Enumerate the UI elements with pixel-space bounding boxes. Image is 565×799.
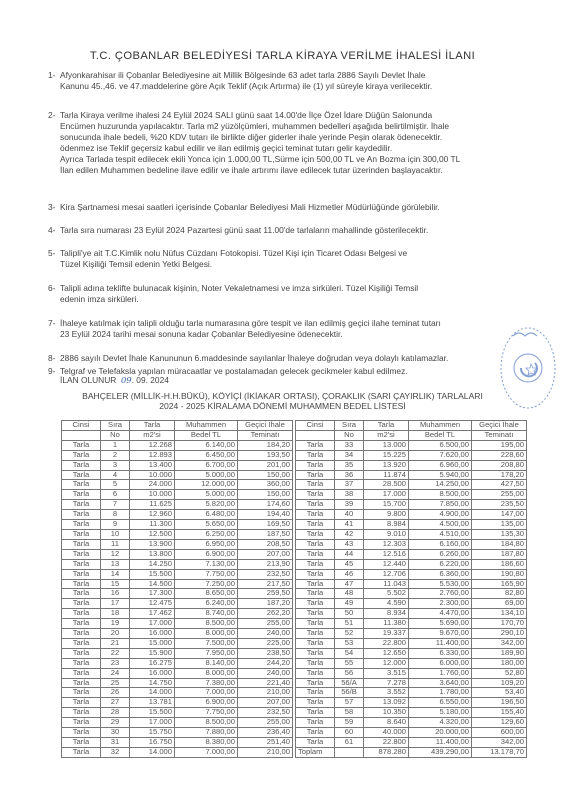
table-cell: 11.400,00	[409, 638, 472, 648]
table-row: Tarla598.6404.320,00129,60	[296, 718, 527, 728]
table-cell: 59	[335, 718, 364, 728]
table-cell: Sıra	[335, 421, 364, 431]
table-cell: Tarla	[62, 718, 101, 728]
table-cell: 11.625	[130, 500, 175, 510]
table-cell: Teminatı	[238, 430, 293, 440]
table-cell: Geçici İhale	[238, 421, 293, 431]
table-cell: 8.650,00	[175, 589, 238, 599]
table-row: Tarla4412.5166.260,00187,80	[296, 549, 527, 559]
table-cell: Tarla	[296, 718, 335, 728]
item-line: Kira Şartnamesi mesai saatleri içerisind…	[60, 202, 518, 213]
table-cell: 8	[101, 510, 130, 520]
table-cell: 8.934	[364, 609, 409, 619]
table-cell: 47	[335, 579, 364, 589]
table-cell: 32	[101, 747, 130, 757]
table-cell: 12.475	[130, 599, 175, 609]
table-cell: 7.750,00	[175, 708, 238, 718]
table-cell: 439.290,00	[409, 747, 472, 757]
item-number: 3-	[48, 202, 55, 213]
table-cell: 5.690,00	[409, 619, 472, 629]
table-cell: 6.240,00	[175, 599, 238, 609]
table-cell: 170,70	[472, 619, 527, 629]
table-cell: 61	[335, 738, 364, 748]
table-cell: 34	[335, 450, 364, 460]
table-cell: 196,50	[472, 698, 527, 708]
table-cell: 2.760,00	[409, 589, 472, 599]
table-cell: Tarla	[296, 549, 335, 559]
item-line: Talipli'ye ait T.C.Kimlik nolu Nüfus Cüz…	[60, 248, 518, 259]
table-cell: 6.330,00	[409, 648, 472, 658]
ilan-label: İLAN OLUNUR	[60, 375, 116, 385]
table-cell: 16.000	[130, 668, 175, 678]
table-row: Tarla2614.0007.000,00210,00	[62, 688, 293, 698]
table-row: Tarla212.8936.450,00193,50	[62, 450, 293, 460]
table-cell: 6.700,00	[175, 460, 238, 470]
table-cell: Tarla	[62, 539, 101, 549]
table-cell: Tarla	[62, 698, 101, 708]
table-row: Tarla5322.80011.400,00342,00	[296, 638, 527, 648]
table-cell: 12.000	[364, 658, 409, 668]
announcement-item: 1-Afyonkarahisar ili Çobanlar Belediyesi…	[48, 70, 518, 92]
item-line: Ayrıca Tarlada tespit edilecek ekili Yon…	[60, 154, 518, 165]
table-cell: 147,00	[472, 510, 527, 520]
table-cell: 28.500	[364, 480, 409, 490]
table-cell: 3.552	[364, 688, 409, 698]
table-cell: 56/B	[335, 688, 364, 698]
table-cell: Bedel TL	[175, 430, 238, 440]
table-cell: 236,40	[238, 728, 293, 738]
table-cell: 13.800	[130, 549, 175, 559]
table-row: Tarla5111.3805.690,00170,70	[296, 619, 527, 629]
table-cell: 7.250,00	[175, 579, 238, 589]
table-row: Tarla3415.2257.620,00228,60	[296, 450, 527, 460]
table-cell: Tarla	[296, 648, 335, 658]
table-cell: Tarla	[62, 638, 101, 648]
table-cell: 56	[335, 668, 364, 678]
table-cell: 82,80	[472, 589, 527, 599]
table-cell: 42	[335, 529, 364, 539]
item-line: Tarla sıra numarası 23 Eylül 2024 Pazart…	[60, 225, 518, 236]
table-cell: 40	[335, 510, 364, 520]
table-cell: 150,00	[238, 470, 293, 480]
table-cell: 178,20	[472, 470, 527, 480]
document-title: T.C. ÇOBANLAR BELEDİYESİ TARLA KİRAYA VE…	[0, 50, 565, 62]
table-cell: 238,50	[238, 648, 293, 658]
table-cell: Tarla	[296, 728, 335, 738]
table-cell: 45	[335, 559, 364, 569]
table-cell: 17.000	[130, 718, 175, 728]
table-cell: 27	[101, 698, 130, 708]
table-cell: 13.920	[364, 460, 409, 470]
table-cell: 5	[101, 480, 130, 490]
table-cell: 11.400,00	[409, 738, 472, 748]
table-cell: 232,50	[238, 569, 293, 579]
item-line: Encümen huzurunda yapılacaktır. Tarla m2…	[60, 121, 518, 132]
table-cell: 259,50	[238, 589, 293, 599]
table-cell: Tarla	[62, 569, 101, 579]
table-cell: 210,00	[238, 747, 293, 757]
announcement-item: 7-İhaleye katılmak için talipli olduğu t…	[48, 318, 518, 340]
table-cell: 43	[335, 539, 364, 549]
table-cell: 51	[335, 619, 364, 629]
item-line: Talipli adına teklifte bulunacak kişinin…	[60, 283, 518, 294]
table-row: Tarla410.0005.000,00150,00	[62, 470, 293, 480]
table-cell: 174,60	[238, 500, 293, 510]
table-cell: 15.000	[130, 638, 175, 648]
table-cell: 169,50	[238, 520, 293, 530]
table-cell: 5.502	[364, 589, 409, 599]
table-cell: Tarla	[296, 460, 335, 470]
table-cell: 6.260,00	[409, 549, 472, 559]
table-cell: 290,10	[472, 629, 527, 639]
list-title-line2: 2024 - 2025 KİRALAMA DÖNEMİ MUHAMMEN BED…	[0, 401, 565, 411]
table-cell: 3.515	[364, 668, 409, 678]
table-row: Tarla3611.8745.940,00178,20	[296, 470, 527, 480]
item-line: ödenmez ise Teklif geçersiz kabul edilir…	[60, 143, 518, 154]
table-cell: Tarla	[364, 421, 409, 431]
table-cell: Tarla	[62, 708, 101, 718]
table-cell: 12	[101, 549, 130, 559]
table-cell: Tarla	[62, 589, 101, 599]
table-cell: Tarla	[296, 470, 335, 480]
ilan-olunur: İLAN OLUNUR 09. 09. 2024	[60, 375, 169, 385]
table-cell: 11	[101, 539, 130, 549]
table-row: Tarla5219.3379.670,00290,10	[296, 629, 527, 639]
table-cell: 4.510,00	[409, 529, 472, 539]
table-row: Tarla5713.0926.550,00196,50	[296, 698, 527, 708]
table-cell: 11.380	[364, 619, 409, 629]
table-cell: 46	[335, 569, 364, 579]
table-cell: 13	[101, 559, 130, 569]
table-cell: 342,00	[472, 638, 527, 648]
table-cell: 6.950,00	[175, 539, 238, 549]
table-cell: Tarla	[296, 599, 335, 609]
table-cell: 427,50	[472, 480, 527, 490]
table-cell: 13.092	[364, 698, 409, 708]
table-cell	[62, 430, 101, 440]
table-cell: 7	[101, 500, 130, 510]
table-cell: 13.400	[130, 460, 175, 470]
table-cell: 6.220,00	[409, 559, 472, 569]
table-cell: Tarla	[62, 470, 101, 480]
table-cell: 17.000	[130, 619, 175, 629]
table-cell: 4	[101, 470, 130, 480]
table-cell: m2'si	[130, 430, 175, 440]
table-cell: 244,20	[238, 658, 293, 668]
table-cell: 7.278	[364, 678, 409, 688]
table-cell: 19	[101, 619, 130, 629]
table-cell: 10.000	[130, 470, 175, 480]
table-cell: 11.874	[364, 470, 409, 480]
table-cell: 3	[101, 460, 130, 470]
table-cell: Tarla	[62, 728, 101, 738]
table-cell: 38	[335, 490, 364, 500]
table-cell: 184,20	[238, 440, 293, 450]
table-row: Tarla3116.7508.380,00251,40	[62, 738, 293, 748]
table-cell: 262,20	[238, 609, 293, 619]
table-row: Tarla4711.0435.530,00165,90	[296, 579, 527, 589]
table-cell: 13.000	[364, 440, 409, 450]
table-cell: Tarla	[296, 658, 335, 668]
table-cell: 18	[101, 609, 130, 619]
table-cell: Muhammen	[175, 421, 238, 431]
table-cell: 6.450,00	[175, 450, 238, 460]
table-cell: 155,40	[472, 708, 527, 718]
table-cell: Tarla	[296, 698, 335, 708]
table-cell: Tarla	[62, 648, 101, 658]
table-cell: 255,00	[238, 619, 293, 629]
table-cell: 1	[101, 440, 130, 450]
table-row: Tarla508.9344.470,00134,10	[296, 609, 527, 619]
item-line: edenin imza sirküleri.	[60, 294, 518, 305]
table-cell: 31	[101, 738, 130, 748]
table-row: Tarla429.0104.510,00135,30	[296, 529, 527, 539]
table-cell: Tarla	[296, 589, 335, 599]
table-cell: Tarla	[296, 629, 335, 639]
table-header-row: CinsiSıraTarlaMuhammenGeçici İhale	[296, 421, 527, 431]
table-cell: 207,00	[238, 549, 293, 559]
table-cell: 15.500	[130, 569, 175, 579]
table-cell: 60	[335, 728, 364, 738]
table-cell: 187,20	[238, 599, 293, 609]
table-cell: 17	[101, 599, 130, 609]
table-cell: 189,90	[472, 648, 527, 658]
table-cell: 12.893	[130, 450, 175, 460]
table-cell: 232,50	[238, 708, 293, 718]
table-cell: 17.300	[130, 589, 175, 599]
table-cell: 40.000	[364, 728, 409, 738]
table-cell: Tarla	[130, 421, 175, 431]
table-cell: Tarla	[296, 539, 335, 549]
table-cell: 15.900	[130, 648, 175, 658]
table-cell: 44	[335, 549, 364, 559]
table-cell: 37	[335, 480, 364, 490]
table-cell: Tarla	[296, 490, 335, 500]
table-row: Tarla5412.6506.330,00189,90	[296, 648, 527, 658]
table-cell: 6.140,00	[175, 440, 238, 450]
table-cell: 53,40	[472, 688, 527, 698]
table-cell: 10	[101, 529, 130, 539]
table-cell: Tarla	[62, 490, 101, 500]
table-cell: 7.500,00	[175, 638, 238, 648]
announcement-item: 6-Talipli adına teklifte bulunacak kişin…	[48, 283, 518, 305]
table-cell: Tarla	[296, 688, 335, 698]
table-cell: 16.000	[130, 629, 175, 639]
announcement-item: 8-2886 sayılı Devlet İhale Kanununun 6.m…	[48, 353, 518, 364]
table-row: Tarla56/A7.2783.640,00109,20	[296, 678, 527, 688]
table-cell: 187,80	[472, 549, 527, 559]
table-row: Tarla2316.2758.140,00244,20	[62, 658, 293, 668]
table-cell: Tarla	[62, 510, 101, 520]
table-cell: 57	[335, 698, 364, 708]
table-cell: 23	[101, 658, 130, 668]
table-cell: 4.900,00	[409, 510, 472, 520]
table-cell: 12.303	[364, 539, 409, 549]
table-cell: 217,50	[238, 579, 293, 589]
table-cell: Tarla	[62, 619, 101, 629]
table-row: Tarla3513.9206.960,00208,80	[296, 460, 527, 470]
table-cell: 24	[101, 668, 130, 678]
table-cell: Tarla	[296, 708, 335, 718]
table-cell: 5.180,00	[409, 708, 472, 718]
table-cell: 6.160,00	[409, 539, 472, 549]
table-total-row: Toplam878.280439.290,0013.178,70	[296, 747, 527, 757]
item-number: 7-	[48, 318, 55, 329]
table-cell: 55	[335, 658, 364, 668]
table-cell: 8.380,00	[175, 738, 238, 748]
table-cell: 69,00	[472, 599, 527, 609]
table-cell: 21	[101, 638, 130, 648]
table-row: Tarla610.0005.000,00150,00	[62, 490, 293, 500]
table-cell: 135,30	[472, 529, 527, 539]
table-cell: 10.350	[364, 708, 409, 718]
table-cell: 8.140,00	[175, 658, 238, 668]
table-cell: 33	[335, 440, 364, 450]
table-cell: Tarla	[62, 668, 101, 678]
item-number: 8-	[48, 353, 55, 364]
table-row: Tarla5512.0006.000,00180,00	[296, 658, 527, 668]
table-cell: 360,00	[238, 480, 293, 490]
table-row: Tarla2917.0008.500,00255,00	[62, 718, 293, 728]
table-cell: Cinsi	[296, 421, 335, 431]
table-cell: 20	[101, 629, 130, 639]
table-row: Tarla313.4006.700,00201,00	[62, 460, 293, 470]
table-cell: 8.640	[364, 718, 409, 728]
table-cell: 9.800	[364, 510, 409, 520]
item-line: sonucunda ihale bedeli, %20 KDV tutarı i…	[60, 132, 518, 143]
table-cell: Tarla	[62, 747, 101, 757]
table-cell: 12.000,00	[175, 480, 238, 490]
table-row: Tarla524.00012.000,00360,00	[62, 480, 293, 490]
table-cell: Tarla	[62, 460, 101, 470]
table-row: Tarla418.9844.500,00135,00	[296, 520, 527, 530]
table-cell: 7.000,00	[175, 688, 238, 698]
table-row: Tarla112.2686.140,00184,20	[62, 440, 293, 450]
table-cell: 251,40	[238, 738, 293, 748]
table-row: Tarla3817.0008.500,00255,00	[296, 490, 527, 500]
table-cell: Tarla	[296, 440, 335, 450]
table-cell: Tarla	[296, 500, 335, 510]
table-cell: 6.480,00	[175, 510, 238, 520]
table-cell: 194,40	[238, 510, 293, 520]
table-cell: Tarla	[62, 678, 101, 688]
table-cell: 10.000	[130, 490, 175, 500]
table-row: Tarla409.8004.900,00147,00	[296, 510, 527, 520]
table-row: Tarla1817.4628.740,00262,20	[62, 609, 293, 619]
table-row: Tarla3915.7007.850,00235,50	[296, 500, 527, 510]
table-row: Tarla812.9606.480,00194,40	[62, 510, 293, 520]
table-cell: 15.700	[364, 500, 409, 510]
table-cell: 39	[335, 500, 364, 510]
table-row: Tarla1514.5007.250,00217,50	[62, 579, 293, 589]
table-row: Tarla1917.0008.500,00255,00	[62, 619, 293, 629]
table-cell: 12.516	[364, 549, 409, 559]
item-number: 6-	[48, 283, 55, 294]
table-cell: 1.780,00	[409, 688, 472, 698]
table-row: Tarla2416.0008.000,00240,00	[62, 668, 293, 678]
table-cell: Tarla	[296, 510, 335, 520]
table-cell: 13.900	[130, 539, 175, 549]
table-cell: 41	[335, 520, 364, 530]
table-cell: Tarla	[296, 579, 335, 589]
table-row: Tarla2115.0007.500,00225,00	[62, 638, 293, 648]
table-cell: 7.000,00	[175, 747, 238, 757]
ilan-date-rest: . 09. 2024	[132, 375, 169, 385]
table-cell: Tarla	[62, 520, 101, 530]
table-cell: Tarla	[296, 638, 335, 648]
table-row: Tarla5810.3505.180,00155,40	[296, 708, 527, 718]
table-cell: 184,80	[472, 539, 527, 549]
table-row: Tarla1113.9006.950,00208,50	[62, 539, 293, 549]
table-cell: 5.650,00	[175, 520, 238, 530]
table-row: Tarla1012.5006.250,00187,50	[62, 529, 293, 539]
table-cell: 52	[335, 629, 364, 639]
table-cell: Tarla	[296, 678, 335, 688]
table-row: Tarla1617.3008.650,00259,50	[62, 589, 293, 599]
table-cell: 17.000	[364, 490, 409, 500]
table-cell: 8.500,00	[409, 490, 472, 500]
table-row: Tarla485.5022.760,0082,80	[296, 589, 527, 599]
table-cell: 15.225	[364, 450, 409, 460]
table-cell: 7.380,00	[175, 678, 238, 688]
table-cell: 14.500	[130, 579, 175, 589]
table-cell: Muhammen	[409, 421, 472, 431]
table-cell: 14.250	[130, 559, 175, 569]
table-row: Tarla2815.5007.750,00232,50	[62, 708, 293, 718]
table-cell: 7.950,00	[175, 648, 238, 658]
bedel-table-right: CinsiSıraTarlaMuhammenGeçici İhaleNom2's…	[295, 420, 527, 758]
table-cell: Tarla	[62, 529, 101, 539]
table-cell: 15	[101, 579, 130, 589]
table-cell: 14.250,00	[409, 480, 472, 490]
table-cell	[296, 430, 335, 440]
table-cell: 255,00	[238, 718, 293, 728]
table-row: Tarla3015.7507.880,00236,40	[62, 728, 293, 738]
table-row: Tarla711.6255.820,00174,60	[62, 500, 293, 510]
table-cell: Tarla	[62, 500, 101, 510]
table-cell: 9.670,00	[409, 629, 472, 639]
table-row: Tarla6122.80011.400,00342,00	[296, 738, 527, 748]
table-cell: 6.360,00	[409, 569, 472, 579]
item-number: 5-	[48, 248, 55, 259]
item-line: İhaleye katılmak için talipli olduğu tar…	[60, 318, 518, 329]
table-cell: 7.880,00	[175, 728, 238, 738]
table-cell: 1.760,00	[409, 668, 472, 678]
item-line: 23 Eylül 2024 tarihi mesai sonuna kadar …	[60, 329, 518, 340]
table-cell: 22.800	[364, 738, 409, 748]
table-cell: 2	[101, 450, 130, 460]
table-cell: Tarla	[296, 480, 335, 490]
table-cell: 4.320,00	[409, 718, 472, 728]
bedel-table-left: CinsiSıraTarlaMuhammenGeçici İhaleNom2's…	[61, 420, 293, 758]
item-line: 2886 sayılı Devlet İhale Kanununun 6.mad…	[60, 353, 518, 364]
table-cell: 7.130,00	[175, 559, 238, 569]
table-cell: 5.000,00	[175, 490, 238, 500]
table-cell: 6.550,00	[409, 698, 472, 708]
table-row: Tarla1213.8006.900,00207,00	[62, 549, 293, 559]
table-cell: 109,20	[472, 678, 527, 688]
table-cell: 8.000,00	[175, 629, 238, 639]
table-cell: 7.850,00	[409, 500, 472, 510]
table-cell: 7.750,00	[175, 569, 238, 579]
table-cell: 187,50	[238, 529, 293, 539]
table-cell: 12.500	[130, 529, 175, 539]
table-cell: Tarla	[62, 549, 101, 559]
table-cell: 4.470,00	[409, 609, 472, 619]
table-cell: 13.178,70	[472, 747, 527, 757]
table-cell: 49	[335, 599, 364, 609]
table-row: Tarla3214.0007.000,00210,00	[62, 747, 293, 757]
